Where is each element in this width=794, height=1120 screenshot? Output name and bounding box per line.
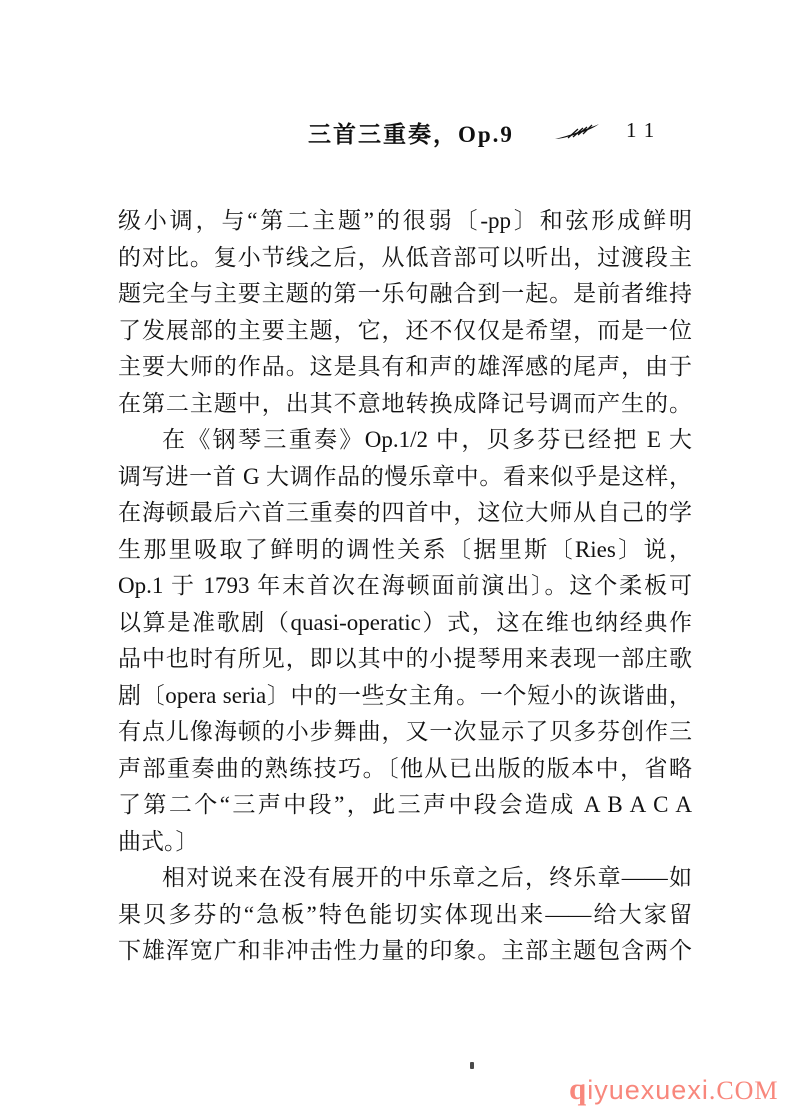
text-line: 在《钢琴三重奏》Op.1/2 中，贝多芬已经把 E 大 bbox=[118, 422, 692, 459]
text-line: 调写进一首 G 大调作品的慢乐章中。看来似乎是这样， bbox=[118, 459, 692, 496]
text-line: 下雄浑宽广和非冲击性力量的印象。主部主题包含两个 bbox=[118, 933, 692, 970]
running-title: 三首三重奏，Op.9 bbox=[308, 116, 514, 149]
site-watermark: qiyuexuexi.COM bbox=[569, 1071, 779, 1107]
text-line: 在海顿最后六首三重奏的四首中，这位大师从自己的学 bbox=[118, 495, 692, 532]
scanned-book-page: 三首三重奏，Op.9 11 级小调，与“第二主题”的很弱〔-pp〕和弦形成鲜明的… bbox=[0, 0, 794, 1120]
text-line: 声部重奏曲的熟练技巧。〔他从已出版的版本中，省略 bbox=[118, 751, 692, 788]
text-line: 果贝多芬的“急板”特色能切实体现出来——给大家留 bbox=[118, 897, 692, 934]
pen-flourish-icon bbox=[554, 123, 600, 141]
scan-speck bbox=[470, 1062, 474, 1069]
text-line: Op.1 于 1793 年末首次在海顿面前演出〕。这个柔板可 bbox=[118, 568, 692, 605]
text-line: 以算是准歌剧（quasi-operatic）式，这在维也纳经典作 bbox=[118, 605, 692, 642]
watermark-text: qiyuexuexi bbox=[569, 1071, 709, 1107]
text-line: 的对比。复小节线之后，从低音部可以听出，过渡段主 bbox=[118, 240, 692, 277]
text-line: 在第二主题中，出其不意地转换成降记号调而产生的。 bbox=[118, 386, 692, 423]
text-line: 主要大师的作品。这是具有和声的雄浑感的尾声，由于 bbox=[118, 349, 692, 386]
page-header: 三首三重奏，Op.9 11 bbox=[118, 114, 692, 154]
text-line: 级小调，与“第二主题”的很弱〔-pp〕和弦形成鲜明 bbox=[118, 203, 692, 240]
text-line: 生那里吸取了鲜明的调性关系〔据里斯〔Ries〕说， bbox=[118, 532, 692, 569]
text-line: 有点儿像海顿的小步舞曲，又一次显示了贝多芬创作三 bbox=[118, 714, 692, 751]
text-line: 了第二个“三声中段”，此三声中段会造成 A B A C A bbox=[118, 787, 692, 824]
text-line: 剧〔opera seria〕中的一些女主角。一个短小的诙谐曲， bbox=[118, 678, 692, 715]
text-line: 品中也时有所见，即以其中的小提琴用来表现一部庄歌 bbox=[118, 641, 692, 678]
page-number: 11 bbox=[626, 118, 662, 143]
text-line: 了发展部的主要主题，它，还不仅仅是希望，而是一位 bbox=[118, 313, 692, 350]
text-line: 题完全与主要主题的第一乐句融合到一起。是前者维持 bbox=[118, 276, 692, 313]
text-line: 相对说来在没有展开的中乐章之后，终乐章——如 bbox=[118, 860, 692, 897]
watermark-tld: .COM bbox=[709, 1076, 779, 1105]
body-text: 级小调，与“第二主题”的很弱〔-pp〕和弦形成鲜明的对比。复小节线之后，从低音部… bbox=[118, 203, 692, 970]
text-line: 曲式。〕 bbox=[118, 824, 692, 861]
